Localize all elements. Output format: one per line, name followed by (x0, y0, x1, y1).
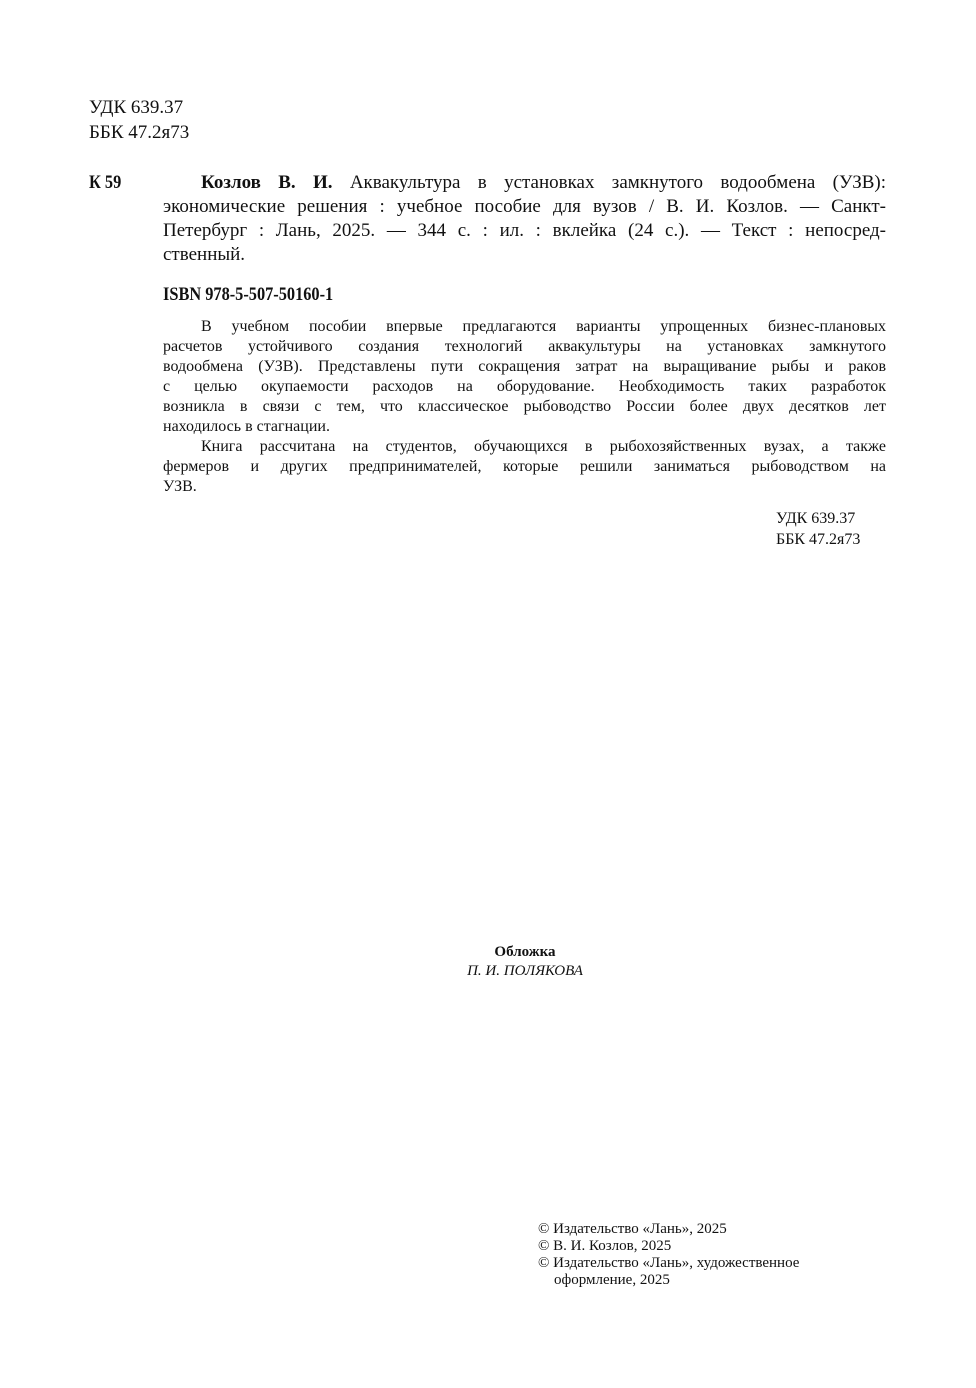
bibliographic-citation: Козлов В. И. Аквакультура в установках з… (163, 171, 886, 267)
udk-bottom: УДК 639.37 (776, 509, 855, 529)
abstract-p2-line: фермеров и других предпринимателей, кото… (163, 457, 886, 477)
cover-label: Обложка (0, 943, 976, 961)
author-mark: К 59 (89, 171, 121, 195)
abstract-p1-line: водообмена (УЗВ). Представлены пути сокр… (163, 357, 886, 377)
abstract-p1-line: находилось в стагнации. (163, 417, 886, 437)
citation-line-3: Петербург : Лань, 2025. — 344 с. : ил. :… (163, 219, 886, 243)
abstract: В учебном пособии впервые предлагаются в… (163, 317, 886, 497)
copyright-publisher: © Издательство «Лань», 2025 (538, 1220, 727, 1238)
copyright-author: © В. И. Козлов, 2025 (538, 1237, 671, 1255)
citation-line-4: ственный. (163, 243, 886, 267)
abstract-p1-line: В учебном пособии впервые предлагаются в… (163, 317, 886, 337)
citation-line-2: экономические решения : учебное пособие … (163, 195, 886, 219)
cover-designer: П. И. ПОЛЯКОВА (0, 962, 976, 980)
abstract-p2-line: УЗВ. (163, 477, 886, 497)
citation-line-1: Козлов В. И. Аквакультура в установках з… (163, 171, 886, 195)
isbn: ISBN 978-5-507-50160-1 (163, 283, 333, 307)
abstract-p2-line: Книга рассчитана на студентов, обучающих… (163, 437, 886, 457)
bbk-bottom: ББК 47.2я73 (776, 530, 860, 550)
abstract-p1-line: возникла в связи с тем, что классическое… (163, 397, 886, 417)
copyright-design-cont: оформление, 2025 (554, 1271, 670, 1289)
citation-author: Козлов В. И. (201, 172, 333, 193)
abstract-p1-line: расчетов устойчивого создания технологий… (163, 337, 886, 357)
copyright-design: © Издательство «Лань», художественное (538, 1254, 799, 1272)
abstract-p1-line: с целью окупаемости расходов на оборудов… (163, 377, 886, 397)
bbk-top: ББК 47.2я73 (89, 121, 189, 145)
udk-top: УДК 639.37 (89, 96, 183, 120)
